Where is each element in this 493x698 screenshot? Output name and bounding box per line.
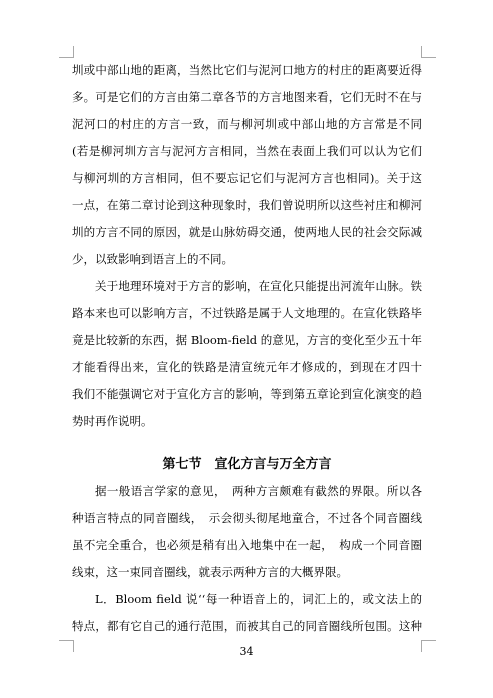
text-line[interactable]: 与柳河圳的方言相同，但不要忘记它们与泥河方言也相同)。关于这 xyxy=(72,165,422,192)
text-line[interactable]: 泥河口的村庄的方言一致，而与柳河圳或中部山地的方言常是不同 xyxy=(72,111,422,138)
text-line[interactable]: 路本来也可以影响方言，不过铁路是属于人文地理的。在宣化铁路毕 xyxy=(72,300,422,327)
text-line[interactable]: 特点，都有它自己的通行范围，而被其自己的同音圈线所包围。这种 xyxy=(72,613,422,640)
text-line[interactable]: 圳或中部山地的距离，当然比它们与泥河口地方的村庄的距离要近得 xyxy=(72,57,422,84)
text-line[interactable]: 种语言特点的同音圈线， 示会彻头彻尾地童合，不过各个同音圈线 xyxy=(72,505,422,532)
document-page: 圳或中部山地的距离，当然比它们与泥河口地方的村庄的距离要近得 多。可是它们的方言… xyxy=(0,0,493,698)
text-line[interactable]: 少，以致影响到语言上的不同。 xyxy=(72,246,422,273)
text-line[interactable]: 竟是比较新的东西，据 Bloom-field 的意见，方言的变化至少五十年 xyxy=(72,327,422,354)
text-line[interactable]: 虽不完全重合，也必须是稍有出入地集中在一起， 构成一个同音圈 xyxy=(72,532,422,559)
margin-crop-mark-top-right xyxy=(421,46,436,58)
text-line[interactable]: 多。可是它们的方言由第二章各节的方言地图来看，它们无时不在与 xyxy=(72,84,422,111)
text-line[interactable]: 才能看得出来，宣化的铁路是清宣统元年才修成的，到现在才四十年， xyxy=(72,354,422,381)
text-line[interactable]: 据一般语言学家的意见， 两种方言颇难有截然的界限。所以各 xyxy=(72,478,422,505)
page-number[interactable]: 34 xyxy=(0,645,493,659)
text-line[interactable]: 一点，在第二章讨论到这种现象时，我们曾说明所以这些衬庄和柳河 xyxy=(72,192,422,219)
document-body: 圳或中部山地的距离，当然比它们与泥河口地方的村庄的距离要近得 多。可是它们的方言… xyxy=(72,57,422,640)
text-line[interactable]: 圳的方言不同的原因，就是山脉妨碍交通，使两地人民的社会交际减 xyxy=(72,219,422,246)
text-line[interactable]: 势时再作说明。 xyxy=(72,408,422,435)
text-line[interactable]: L．Bloom field 说‘‘每一种语音上的，词汇上的，或文法上的 xyxy=(72,586,422,613)
text-line[interactable]: (若是柳河圳方言与泥河方言相同，当然在表面上我们可以认为它们 xyxy=(72,138,422,165)
text-line[interactable]: 关于地理环境对于方言的影响，在宣化只能提出河流年山脉。铁 xyxy=(72,273,422,300)
section-heading[interactable]: 第七节 宣化方言与万全方言 xyxy=(72,451,422,478)
text-line[interactable]: 我们不能强调它对于宣化方言的影响，等到第五章论到宣化演变的趋 xyxy=(72,381,422,408)
text-line[interactable]: 线束，这一束同音圈线，就表示两种方言的大概界限。 xyxy=(72,559,422,586)
